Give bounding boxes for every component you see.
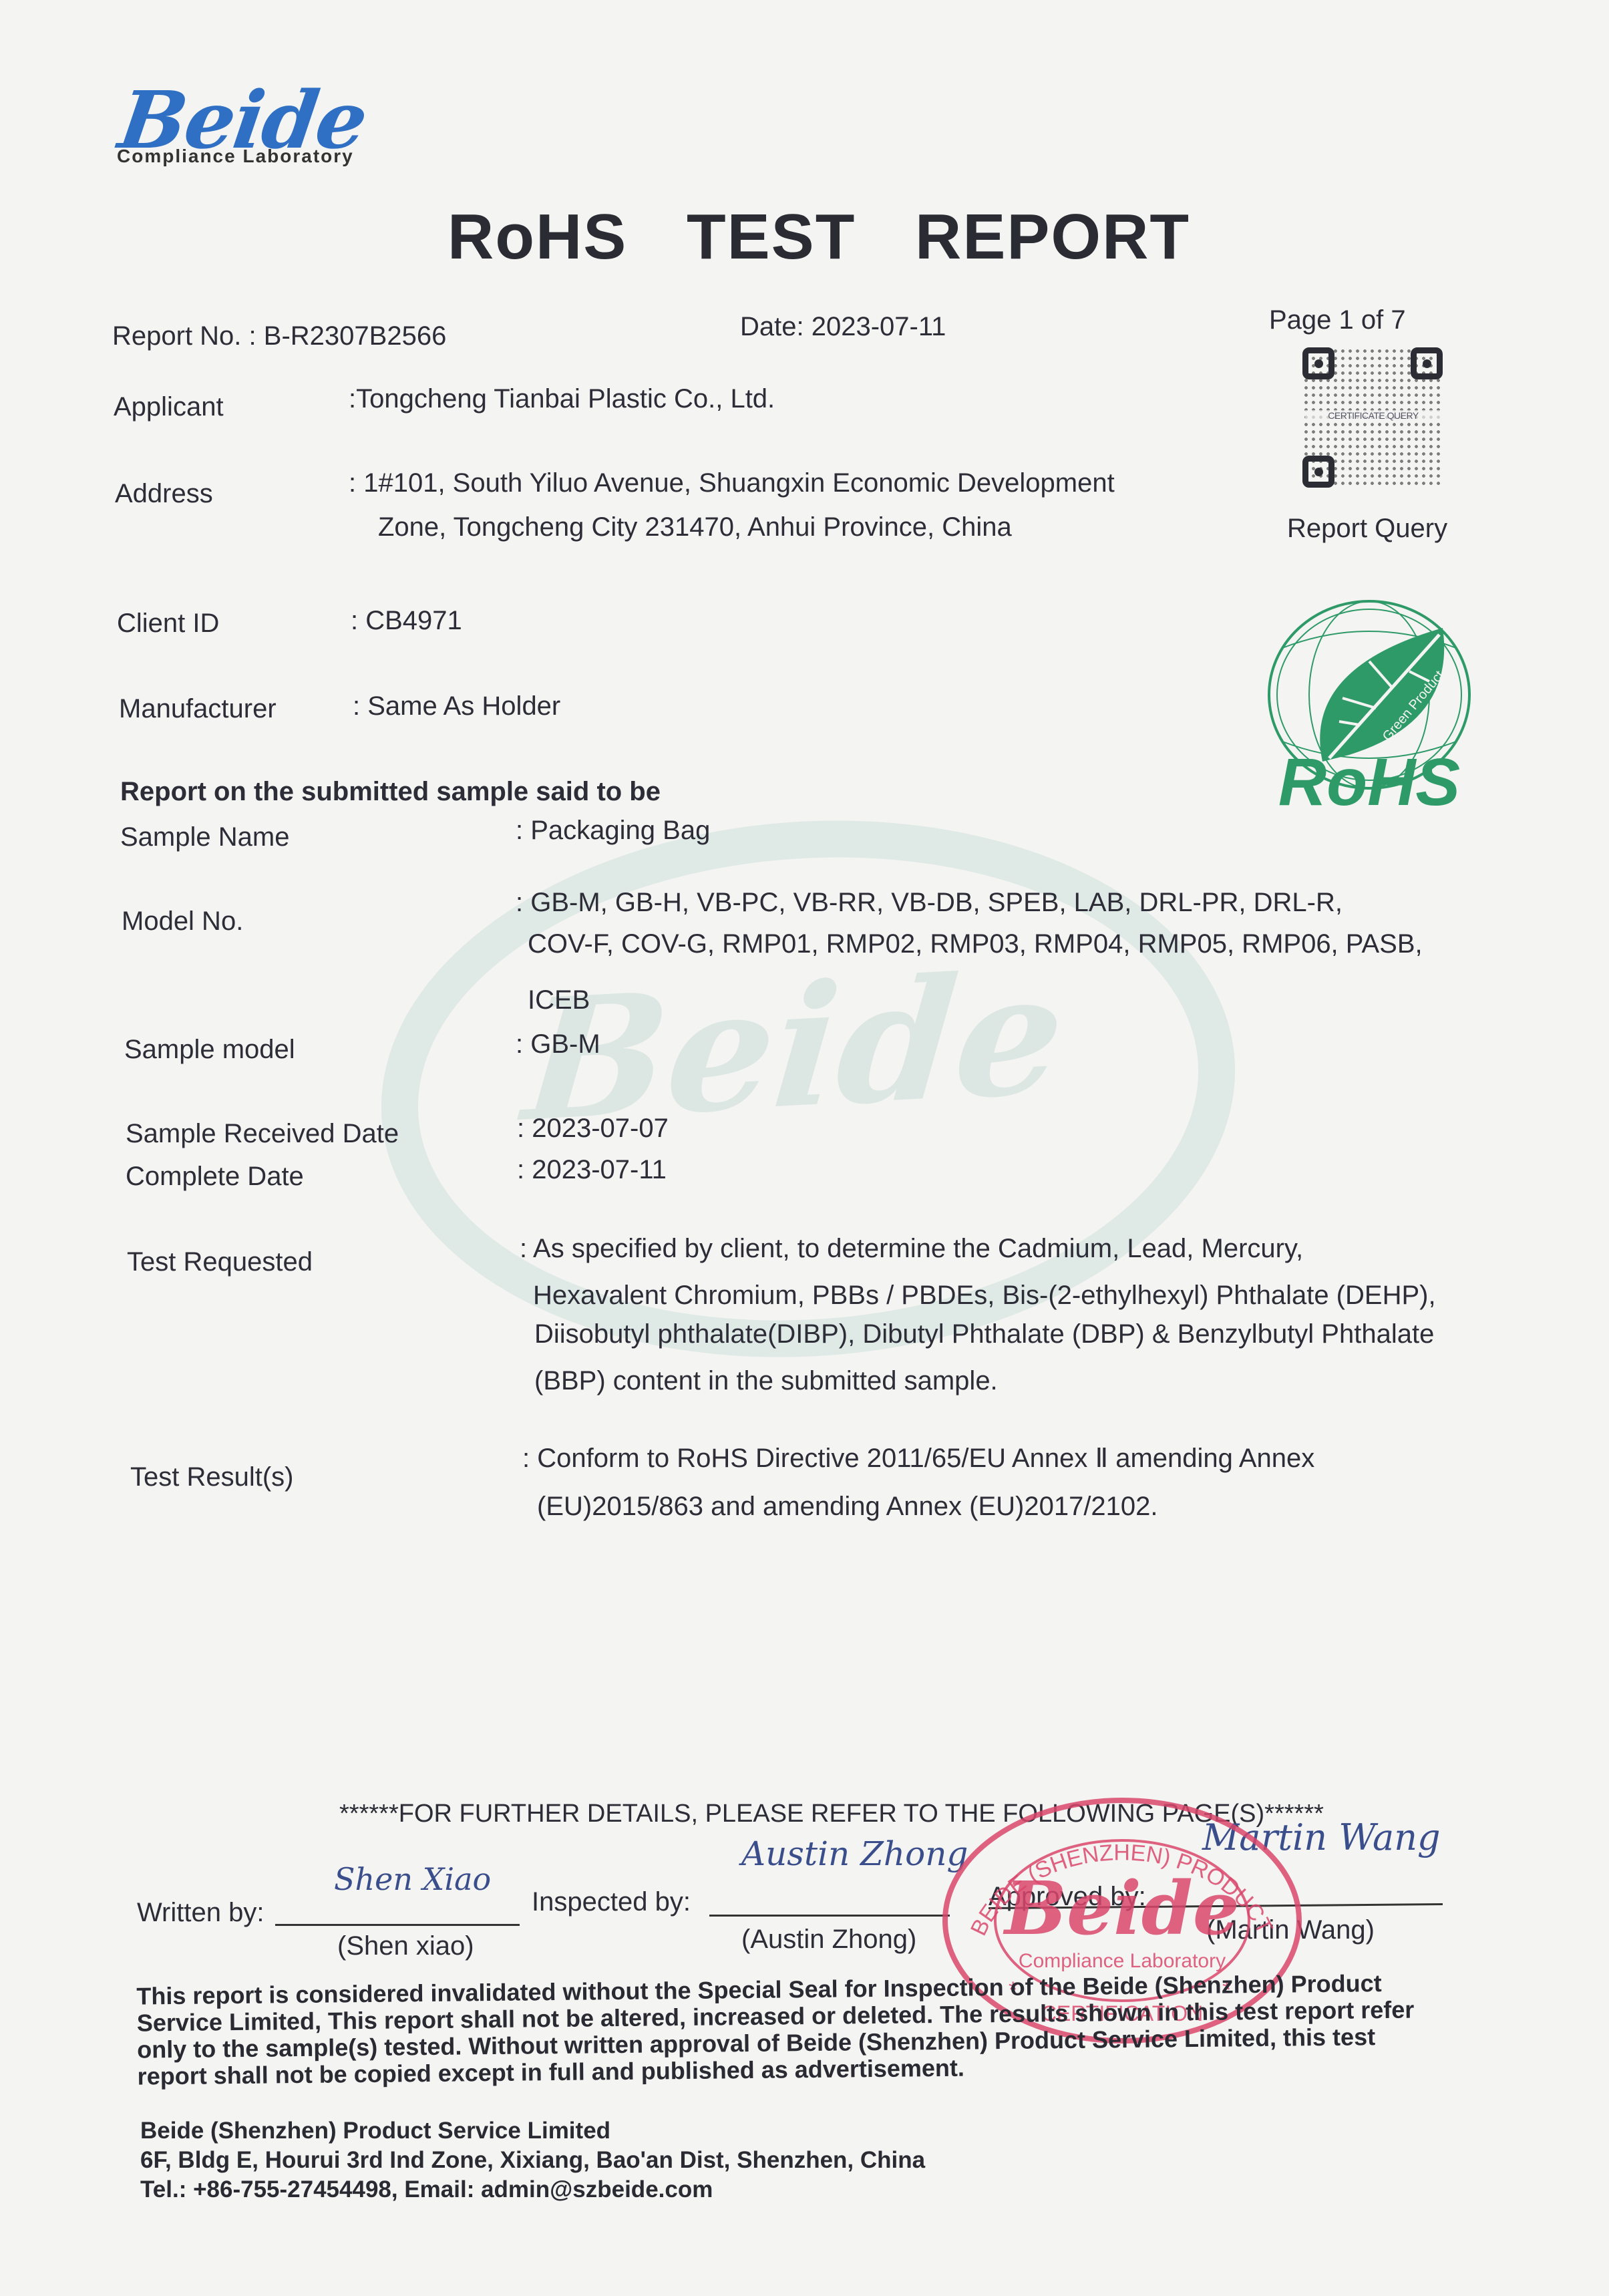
qr-finder-icon [1302, 347, 1334, 379]
qr-finder-icon [1411, 347, 1443, 379]
report-date-value: 2023-07-11 [812, 312, 946, 341]
test-requested-line-4: (BBP) content in the submitted sample. [534, 1359, 998, 1403]
footer-contact[interactable]: Tel.: +86-755-27454498, Email: admin@szb… [140, 2175, 925, 2204]
page-title: RoHS TEST REPORT [448, 200, 1190, 274]
complete-date-value: : 2023-07-11 [517, 1148, 667, 1192]
written-by-signature: Shen Xiao [334, 1857, 491, 1901]
rohs-green-product-logo: Green Product RoHS [1256, 588, 1483, 815]
test-result-line-2: (EU)2015/863 and amending Annex (EU)2017… [537, 1484, 1158, 1528]
footer-address: 6F, Bldg E, Hourui 3rd Ind Zone, Xixiang… [140, 2146, 925, 2175]
manufacturer-value: : Same As Holder [353, 684, 560, 728]
inspected-by-line [709, 1915, 950, 1917]
sample-name-label: Sample Name [120, 815, 289, 859]
sample-model-value: : GB-M [516, 1022, 600, 1066]
test-requested-label: Test Requested [127, 1240, 313, 1284]
test-requested-line-1: : As specified by client, to determine t… [520, 1226, 1303, 1271]
report-query-label: Report Query [1287, 506, 1447, 550]
inspected-by-signature: Austin Zhong [741, 1832, 968, 1876]
address-label: Address [115, 472, 213, 516]
client-id-value: : CB4971 [351, 599, 462, 643]
qr-finder-icon [1302, 456, 1334, 488]
test-requested-line-3: Diisobutyl phthalate(DIBP), Dibutyl Phth… [534, 1312, 1434, 1356]
test-result-line-1: : Conform to RoHS Directive 2011/65/EU A… [522, 1436, 1314, 1480]
complete-date-label: Complete Date [126, 1154, 304, 1198]
address-line-1: : 1#101, South Yiluo Avenue, Shuangxin E… [349, 461, 1115, 505]
report-date-label: Date: [740, 312, 804, 341]
disclaimer: This report is considered invalidated wi… [136, 1969, 1487, 2090]
test-result-label: Test Result(s) [130, 1455, 294, 1499]
footer-company-info: Beide (Shenzhen) Product Service Limited… [140, 2116, 925, 2204]
received-date-value: : 2023-07-07 [517, 1106, 669, 1150]
applicant-value: :Tongcheng Tianbai Plastic Co., Ltd. [349, 377, 775, 421]
qr-caption-inner: CERTIFICATE QUERY [1305, 410, 1441, 421]
rohs-wordmark: RoHS [1278, 745, 1460, 815]
stamp-subtitle: Compliance Laboratory [1019, 1950, 1226, 1972]
sample-name-value: : Packaging Bag [516, 808, 710, 852]
model-no-line-3: ICEB [528, 978, 590, 1022]
received-date-label: Sample Received Date [126, 1112, 399, 1156]
model-no-line-1: : GB-M, GB-H, VB-PC, VB-RR, VB-DB, SPEB,… [516, 880, 1343, 925]
test-requested-line-2: Hexavalent Chromium, PBBs / PBDEs, Bis-(… [533, 1273, 1436, 1317]
inspected-by-name: (Austin Zhong) [741, 1917, 916, 1961]
written-by-name: (Shen xiao) [337, 1924, 474, 1968]
written-by-label: Written by: [137, 1891, 264, 1935]
manufacturer-label: Manufacturer [119, 687, 277, 731]
report-number: Report No. : B-R2307B2566 [112, 314, 446, 358]
applicant-label: Applicant [114, 385, 224, 429]
model-no-line-2: COV-F, COV-G, RMP01, RMP02, RMP03, RMP04… [528, 922, 1423, 966]
report-number-label: Report No. : [112, 321, 256, 351]
company-logo-subtitle: Compliance Laboratory [117, 146, 354, 167]
report-query-qr-code[interactable]: CERTIFICATE QUERY [1302, 347, 1443, 488]
page-indicator: Page 1 of 7 [1269, 298, 1406, 342]
model-no-label: Model No. [122, 899, 243, 943]
report-date: Date: 2023-07-11 [740, 305, 946, 349]
address-line-2: Zone, Tongcheng City 231470, Anhui Provi… [378, 505, 1012, 549]
inspected-by-label: Inspected by: [532, 1880, 691, 1924]
stamp-brand: Beide [1003, 1865, 1240, 1951]
footer-company-name: Beide (Shenzhen) Product Service Limited [140, 2116, 925, 2146]
client-id-label: Client ID [117, 601, 219, 645]
sample-model-label: Sample model [124, 1027, 295, 1072]
section-heading: Report on the submitted sample said to b… [120, 770, 661, 814]
report-number-value: B-R2307B2566 [264, 321, 447, 351]
